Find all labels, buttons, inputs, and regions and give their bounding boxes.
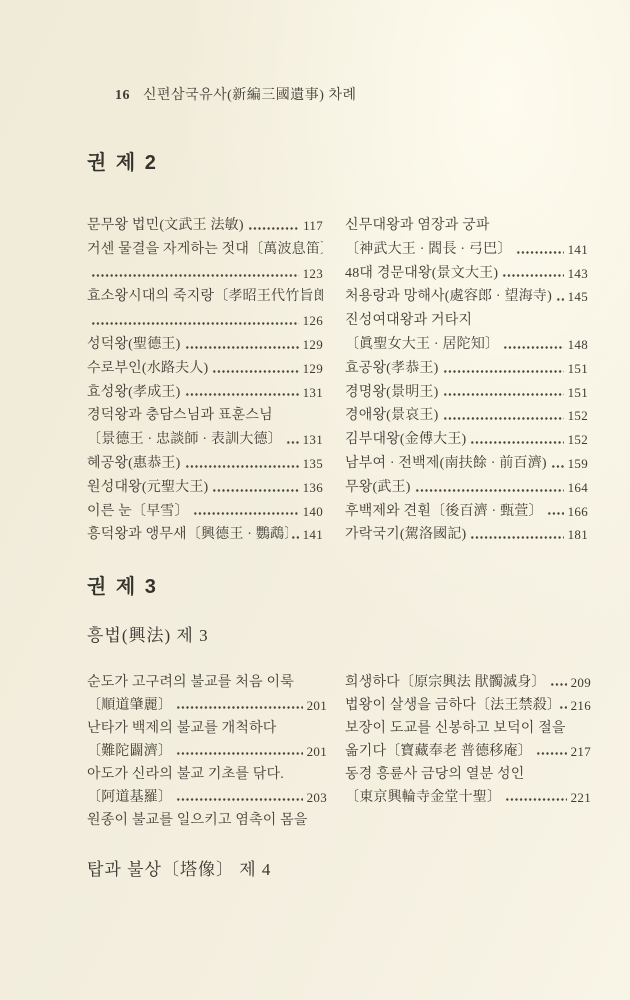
dot-leader — [91, 262, 299, 286]
toc-page-number: 152 — [567, 428, 588, 452]
toc-row: 희생하다〔原宗興法 猒髑滅身〕209 — [345, 671, 591, 694]
dot-leader — [559, 694, 567, 717]
toc-entry-text: 무왕(武王) — [345, 476, 412, 500]
toc-page-number: 201 — [306, 740, 327, 763]
toc-row: 효공왕(孝恭王)151 — [345, 357, 588, 381]
toc-page-number: 141 — [302, 523, 323, 547]
toc-row: 원종이 불교를 일으키고 염촉이 몸을 — [87, 809, 327, 832]
toc-entry-text: 진성여대왕과 거타지 — [345, 309, 473, 333]
toc-entry-text: 혜공왕(惠恭王) — [87, 452, 182, 476]
toc-entry-text: 후백제와 견훤〔後百濟 · 甄萱〕 — [345, 500, 544, 524]
toc-row: 원성대왕(元聖大王)136 — [87, 476, 323, 500]
toc-entry-text: 원성대왕(元聖大王) — [87, 476, 209, 500]
toc-page-number: 141 — [567, 238, 588, 262]
toc-row: 보장이 도교를 신봉하고 보덕이 절을 — [345, 717, 591, 740]
toc-page-number: 131 — [302, 428, 323, 452]
subsection-heading-tapgwa-bulsang: 탑과 불상〔塔像〕 제 4 — [87, 855, 271, 880]
toc-page-number: 221 — [570, 786, 591, 809]
toc-page-number: 217 — [570, 740, 591, 763]
toc-page-number: 216 — [570, 694, 591, 717]
toc-column-kwon2-left: 문무왕 법민(文武王 法敏)117거센 물결을 자게하는 젓대〔萬波息笛〕123… — [87, 214, 323, 547]
dot-leader — [176, 740, 302, 763]
toc-row: 〔神武大王 · 閻長 · 弓巴〕141 — [345, 238, 588, 262]
toc-entry-text: 희생하다〔原宗興法 猒髑滅身〕 — [345, 671, 547, 694]
toc-entry-text: 보장이 도교를 신봉하고 보덕이 절을 — [345, 717, 567, 740]
toc-row: 〔順道肇麗〕201 — [87, 694, 327, 717]
toc-entry-text: 〔東京興輪寺金堂十聖〕 — [345, 786, 502, 809]
toc-row: 신무대왕과 염장과 궁파 — [345, 214, 588, 238]
toc-page-number: 123 — [302, 262, 323, 286]
toc-row: 수로부인(水路夫人)129 — [87, 357, 323, 381]
toc-entry-text — [87, 309, 88, 333]
toc-entry-text: 원종이 불교를 일으키고 염촉이 몸을 — [87, 809, 309, 832]
toc-entry-text: 〔順道肇麗〕 — [87, 694, 173, 717]
toc-row: 문무왕 법민(文武王 法敏)117 — [87, 214, 323, 238]
toc-entry-text: 문무왕 법민(文武王 法敏) — [87, 214, 245, 238]
toc-entry-text: 법왕이 살생을 금하다〔法王禁殺〕 — [345, 694, 556, 717]
section-heading-kwon-3: 권 제 3 — [87, 570, 158, 599]
toc-page-number: 152 — [567, 404, 588, 428]
toc-row: 무왕(武王)164 — [345, 476, 588, 500]
toc-entry-text: 경명왕(景明王) — [345, 381, 440, 405]
toc-entry-text: 김부대왕(金傅大王) — [345, 428, 467, 452]
toc-row: 126 — [87, 309, 323, 333]
dot-leader — [415, 476, 564, 500]
toc-row: 123 — [87, 262, 323, 286]
toc-entry-text: 이른 눈〔早雪〕 — [87, 500, 190, 524]
toc-page-number: 201 — [306, 694, 327, 717]
toc-column-kwon2-right: 신무대왕과 염장과 궁파〔神武大王 · 閻長 · 弓巴〕14148대 경문대왕(… — [345, 214, 588, 547]
toc-entry-text: 아도가 신라의 불교 기초를 닦다. — [87, 763, 285, 786]
toc-page-number: 166 — [567, 500, 588, 524]
toc-entry-text: 거센 물결을 자게하는 젓대〔萬波息笛〕 — [87, 238, 323, 262]
toc-row: 〔眞聖女大王 · 居陀知〕148 — [345, 333, 588, 357]
toc-entry-text: 〔神武大王 · 閻長 · 弓巴〕 — [345, 238, 513, 262]
toc-page-number: 164 — [567, 476, 588, 500]
dot-leader — [291, 523, 299, 547]
dot-leader — [185, 452, 299, 476]
toc-row: 혜공왕(惠恭王)135 — [87, 452, 323, 476]
book-page: 16 신편삼국유사(新編三國遺事) 차례 권 제 2 문무왕 법민(文武王 法敏… — [0, 0, 630, 1000]
dot-leader — [443, 381, 564, 405]
toc-entry-text: 경덕왕과 충담스님과 표훈스님 — [87, 404, 274, 428]
toc-row: 남부여 · 전백제(南扶餘 · 前百濟)159 — [345, 452, 588, 476]
dot-leader — [248, 214, 299, 238]
toc-entry-text: 〔景德王 · 忠談師 · 表訓大德〕 — [87, 428, 283, 452]
toc-row: 경명왕(景明王)151 — [345, 381, 588, 405]
toc-row: 옮기다〔寶藏奉老 普德移庵〕217 — [345, 740, 591, 763]
toc-row: 흥덕왕과 앵무새〔興德王 · 鸚鵡〕141 — [87, 523, 323, 547]
dot-leader — [443, 357, 564, 381]
toc-entry-text: 〔阿道基羅〕 — [87, 786, 173, 809]
toc-page-number: 145 — [567, 285, 588, 309]
toc-row: 경덕왕과 충담스님과 표훈스님 — [87, 404, 323, 428]
toc-row: 〔阿道基羅〕203 — [87, 786, 327, 809]
dot-leader — [503, 333, 563, 357]
toc-row: 〔難陀闢濟〕201 — [87, 740, 327, 763]
toc-row: 효소왕시대의 죽지랑〔孝昭王代竹旨郎〕 — [87, 285, 323, 309]
dot-leader — [193, 500, 299, 524]
dot-leader — [470, 523, 563, 547]
toc-page-number: 151 — [567, 357, 588, 381]
toc-row: 법왕이 살생을 금하다〔法王禁殺〕216 — [345, 694, 591, 717]
toc-entry-text: 처용랑과 망해사(處容郎 · 望海寺) — [345, 285, 553, 309]
header-title: 신편삼국유사(新編三國遺事) 차례 — [143, 84, 357, 104]
toc-entry-text: 48대 경문대왕(景文大王) — [345, 262, 499, 286]
toc-page-number: 129 — [302, 333, 323, 357]
section-heading-kwon-2: 권 제 2 — [87, 146, 158, 175]
dot-leader — [91, 309, 299, 333]
toc-entry-text: 〔難陀闢濟〕 — [87, 740, 173, 763]
dot-leader — [556, 285, 564, 309]
dot-leader — [176, 786, 302, 809]
toc-row: 〔東京興輪寺金堂十聖〕221 — [345, 786, 591, 809]
toc-entry-text: 효성왕(孝成王) — [87, 381, 182, 405]
toc-page-number: 131 — [302, 381, 323, 405]
toc-row: 후백제와 견훤〔後百濟 · 甄萱〕166 — [345, 500, 588, 524]
toc-row: 순도가 고구려의 불교를 처음 이룩 — [87, 671, 327, 694]
toc-row: 난타가 백제의 불교를 개척하다 — [87, 717, 327, 740]
dot-leader — [176, 694, 302, 717]
toc-page-number: 203 — [306, 786, 327, 809]
dot-leader — [536, 740, 567, 763]
toc-page-number: 140 — [302, 500, 323, 524]
subsection-heading-heungbeop: 흥법(興法) 제 3 — [87, 621, 209, 646]
dot-leader — [212, 357, 298, 381]
dot-leader — [443, 404, 564, 428]
toc-row: 성덕왕(聖德王)129 — [87, 333, 323, 357]
toc-row: 처용랑과 망해사(處容郎 · 望海寺)145 — [345, 285, 588, 309]
toc-page-number: 143 — [567, 262, 588, 286]
toc-row: 48대 경문대왕(景文大王)143 — [345, 262, 588, 286]
dot-leader — [470, 428, 563, 452]
dot-leader — [286, 428, 299, 452]
toc-entry-text: 성덕왕(聖德王) — [87, 333, 182, 357]
toc-entry-text: 난타가 백제의 불교를 개척하다 — [87, 717, 278, 740]
toc-entry-text: 가락국기(駕洛國記) — [345, 523, 467, 547]
toc-page-number: 117 — [302, 214, 323, 238]
toc-row: 김부대왕(金傅大王)152 — [345, 428, 588, 452]
toc-entry-text: 순도가 고구려의 불교를 처음 이룩 — [87, 671, 295, 694]
toc-row: 진성여대왕과 거타지 — [345, 309, 588, 333]
toc-row: 가락국기(駕洛國記)181 — [345, 523, 588, 547]
toc-entry-text: 수로부인(水路夫人) — [87, 357, 209, 381]
toc-row: 아도가 신라의 불교 기초를 닦다. — [87, 763, 327, 786]
toc-row: 동경 흥륜사 금당의 열분 성인 — [345, 763, 591, 786]
toc-page-number: 209 — [570, 671, 591, 694]
toc-page-number: 181 — [567, 523, 588, 547]
toc-entry-text: 동경 흥륜사 금당의 열분 성인 — [345, 763, 526, 786]
dot-leader — [502, 262, 563, 286]
dot-leader — [550, 671, 567, 694]
toc-page-number: 126 — [302, 309, 323, 333]
dot-leader — [185, 381, 299, 405]
toc-entry-text: 남부여 · 전백제(南扶餘 · 前百濟) — [345, 452, 548, 476]
toc-row: 〔景德王 · 忠談師 · 表訓大德〕131 — [87, 428, 323, 452]
running-header: 16 신편삼국유사(新編三國遺事) 차례 — [115, 84, 357, 104]
dot-leader — [547, 500, 564, 524]
toc-entry-text: 〔眞聖女大王 · 居陀知〕 — [345, 333, 500, 357]
toc-row: 이른 눈〔早雪〕140 — [87, 500, 323, 524]
toc-entry-text: 효공왕(孝恭王) — [345, 357, 440, 381]
toc-page-number: 148 — [567, 333, 588, 357]
dot-leader — [516, 238, 564, 262]
toc-row: 효성왕(孝成王)131 — [87, 381, 323, 405]
toc-entry-text — [87, 262, 88, 286]
toc-column-kwon3-left: 순도가 고구려의 불교를 처음 이룩〔順道肇麗〕201난타가 백제의 불교를 개… — [87, 671, 327, 832]
dot-leader — [185, 333, 299, 357]
toc-entry-text: 신무대왕과 염장과 궁파 — [345, 214, 491, 238]
toc-entry-text: 효소왕시대의 죽지랑〔孝昭王代竹旨郎〕 — [87, 285, 323, 309]
toc-page-number: 159 — [567, 452, 588, 476]
toc-page-number: 136 — [302, 476, 323, 500]
toc-page-number: 135 — [302, 452, 323, 476]
toc-row: 거센 물결을 자게하는 젓대〔萬波息笛〕 — [87, 238, 323, 262]
toc-page-number: 129 — [302, 357, 323, 381]
toc-entry-text: 흥덕왕과 앵무새〔興德王 · 鸚鵡〕 — [87, 523, 288, 547]
toc-entry-text: 옮기다〔寶藏奉老 普德移庵〕 — [345, 740, 533, 763]
header-page-number: 16 — [115, 88, 130, 104]
dot-leader — [551, 452, 564, 476]
toc-column-kwon3-right: 희생하다〔原宗興法 猒髑滅身〕209법왕이 살생을 금하다〔法王禁殺〕216보장… — [345, 671, 591, 809]
toc-row: 경애왕(景哀王)152 — [345, 404, 588, 428]
dot-leader — [505, 786, 566, 809]
toc-page-number: 151 — [567, 381, 588, 405]
dot-leader — [212, 476, 298, 500]
toc-entry-text: 경애왕(景哀王) — [345, 404, 440, 428]
